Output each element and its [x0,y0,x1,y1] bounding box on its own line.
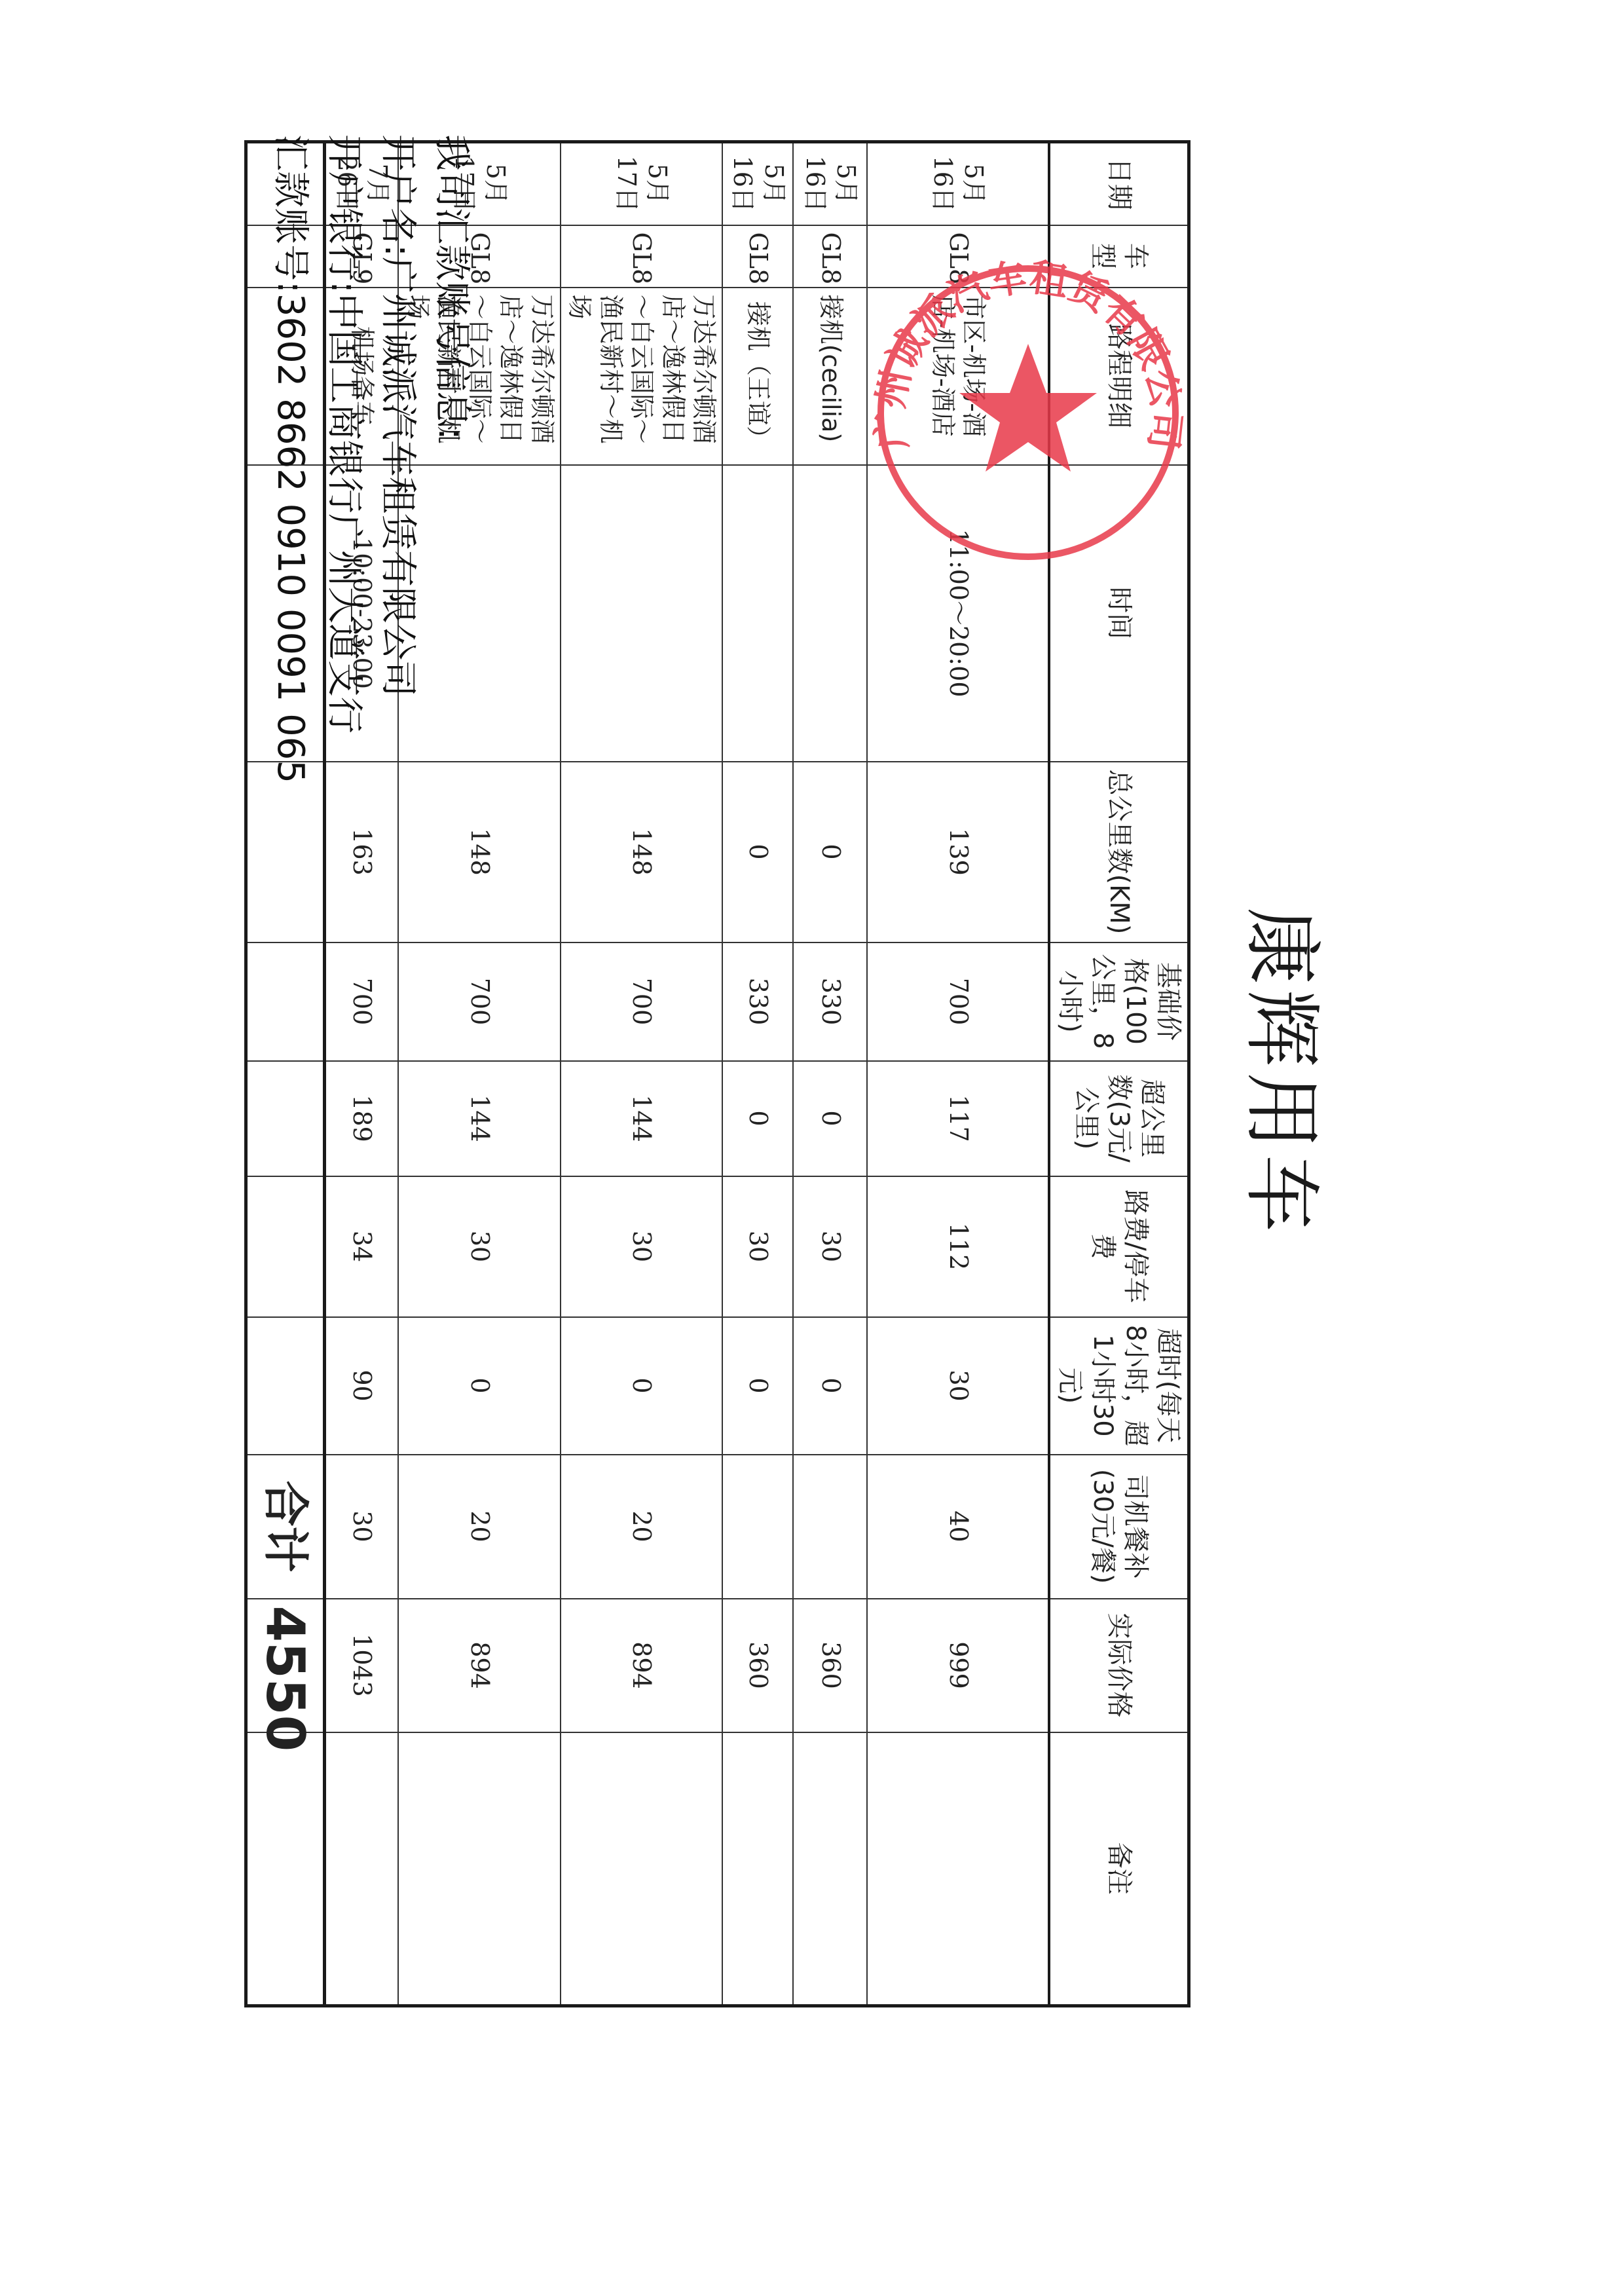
bank-info-heading: 我司汇款账号信息: [424,134,478,1051]
cell-overtime: 0 [723,1317,794,1455]
cell-note [723,1732,794,2006]
cell-date: 5月16日 [794,142,868,225]
table-row: 5月16日GL8接机（王谊）03300300360 [723,142,794,2006]
cell-extra-km: 117 [868,1061,1050,1176]
cell-base-price: 700 [868,942,1050,1061]
cell-overtime: 0 [561,1317,723,1455]
cell-date: 5月16日 [868,142,1050,225]
bank-line: 开户银行:中国工商银行广州大道支行 [317,134,371,1051]
account-no-label: 汇款账号: [269,134,312,293]
cell-extra-km: 0 [794,1061,868,1176]
account-name-label: 开户名: [377,134,419,257]
cell-actual-price: 894 [561,1599,723,1732]
cell-vehicle: GL8 [723,225,794,288]
cell-note [868,1732,1050,2006]
cell-note [399,1732,561,2006]
account-number: 3602 8662 0910 0091 065 [269,293,312,783]
cell-note [561,1732,723,2006]
cell-date: 5月17日 [561,142,723,225]
cell-route: 接机(cecilia) [794,288,868,465]
account-name-line: 开户名:广州诚派汽车租赁有限公司 [371,134,424,1051]
header-note: 备注 [1050,1732,1189,2006]
table-row: 5月16日GL8接机(cecilia)03300300360 [794,142,868,2006]
cell-actual-price: 1043 [325,1599,399,1732]
bank-info: 我司汇款账号信息: 开户名:广州诚派汽车租赁有限公司 开户银行:中国工商银行广州… [262,134,478,1051]
cell-meal: 20 [561,1455,723,1599]
cell-tolls-parking: 30 [794,1176,868,1317]
cell-base-price: 330 [723,942,794,1061]
company-seal: 广州诚派汽车租赁有限公司 [871,259,1185,567]
cell-total-km: 148 [561,762,723,942]
seal-icon: 广州诚派汽车租赁有限公司 [871,259,1185,567]
cell-actual-price: 999 [868,1599,1050,1732]
cell-total-km: 139 [868,762,1050,942]
cell-tolls-parking: 112 [868,1176,1050,1317]
header-actual-price: 实际价格 [1050,1599,1189,1732]
bank-label: 开户银行: [323,134,365,293]
table-row: 5月17日GL8万达希尔顿酒店～逸林假日～白云国际～渔民新村～机场1487001… [561,142,723,2006]
header-base-price: 基础价格(100公里，8小时) [1050,942,1189,1061]
cell-meal: 40 [868,1455,1050,1599]
account-name: 广州诚派汽车租赁有限公司 [377,257,419,697]
cell-tolls-parking: 30 [399,1176,561,1317]
cell-actual-price: 360 [723,1599,794,1732]
cell-actual-price: 360 [794,1599,868,1732]
cell-base-price: 330 [794,942,868,1061]
cell-meal [794,1455,868,1599]
cell-extra-km: 0 [723,1061,794,1176]
page-title: 康辉用车 [1190,140,1372,2004]
cell-overtime: 0 [794,1317,868,1455]
cell-date: 5月16日 [723,142,794,225]
cell-extra-km: 189 [325,1061,399,1176]
header-extra-km: 超公里数(3元/公里) [1050,1061,1189,1176]
cell-total-km: 0 [723,762,794,942]
total-value: 4550 [246,1599,325,1732]
cell-extra-km: 144 [561,1061,723,1176]
header-overtime: 超时(每天8小时，超1小时30元) [1050,1317,1189,1455]
cell-tolls-parking: 34 [325,1176,399,1317]
cell-meal: 20 [399,1455,561,1599]
cell-route: 接机（王谊） [723,288,794,465]
total-label: 合计 [246,1455,325,1599]
cell-vehicle: GL8 [794,225,868,288]
cell-tolls-parking: 30 [561,1176,723,1317]
cell-overtime: 0 [399,1317,561,1455]
cell-overtime: 30 [868,1317,1050,1455]
cell-note [794,1732,868,2006]
header-date: 日期 [1050,142,1189,225]
header-total-km: 总公里数(KM) [1050,762,1189,942]
cell-time [794,465,868,762]
header-tolls-parking: 路费/停车费 [1050,1176,1189,1317]
cell-actual-price: 894 [399,1599,561,1732]
cell-time [561,465,723,762]
cell-note [325,1732,399,2006]
cell-total-km: 0 [794,762,868,942]
cell-route: 万达希尔顿酒店～逸林假日～白云国际～渔民新村～机场 [561,288,723,465]
cell-vehicle: GL8 [561,225,723,288]
cell-extra-km: 144 [399,1061,561,1176]
account-no-line: 汇款账号:3602 8662 0910 0091 065 [263,134,317,1051]
cell-tolls-parking: 30 [723,1176,794,1317]
cell-overtime: 90 [325,1317,399,1455]
cell-time [723,465,794,762]
header-meal: 司机餐补(30元/餐) [1050,1455,1189,1599]
cell-meal: 30 [325,1455,399,1599]
cell-base-price: 700 [561,942,723,1061]
cell-meal [723,1455,794,1599]
bank-name: 中国工商银行广州大道支行 [323,293,365,734]
